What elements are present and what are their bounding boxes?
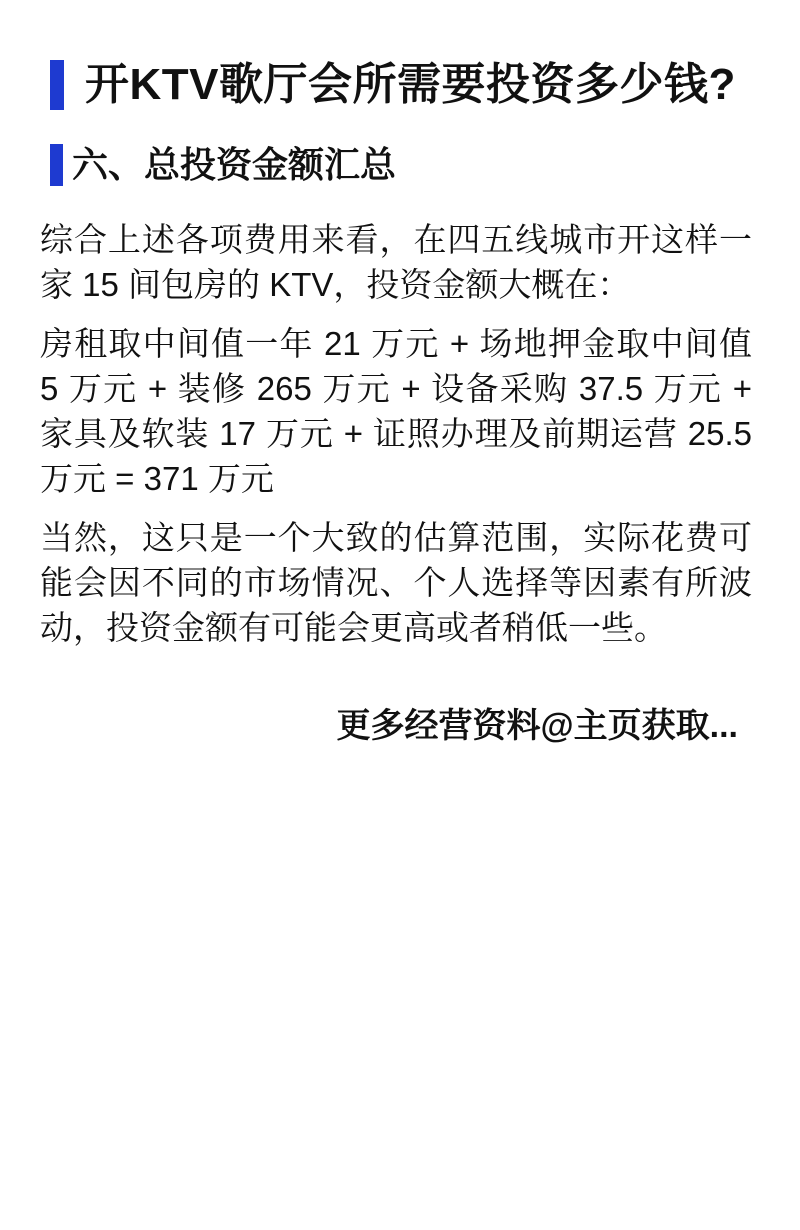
paragraph-cost-calculation: 房租取中间值一年 21 万元 + 场地押金取中间值 5 万元 + 装修 265 … (40, 321, 752, 501)
section-header-row: 六、总投资金额汇总 (50, 144, 752, 186)
paragraph-disclaimer: 当然，这只是一个大致的估算范围，实际花费可能会因不同的市场情况、个人选择等因素有… (40, 515, 752, 650)
section-title: 六、总投资金额汇总 (72, 144, 396, 185)
page-title: 开KTV歌厅会所需要投资多少钱? (85, 60, 736, 111)
main-title-row: 开KTV歌厅会所需要投资多少钱? (50, 60, 752, 111)
section-accent-bar (50, 144, 63, 186)
poster-page: 开KTV歌厅会所需要投资多少钱? 六、总投资金额汇总 综合上述各项费用来看，在四… (0, 0, 800, 1230)
paragraph-intro: 综合上述各项费用来看，在四五线城市开这样一家 15 间包房的 KTV，投资金额大… (40, 217, 752, 307)
footer-note: 更多经营资料@主页获取... (40, 706, 752, 747)
article-body: 综合上述各项费用来看，在四五线城市开这样一家 15 间包房的 KTV，投资金额大… (40, 217, 752, 650)
title-accent-bar (50, 60, 64, 110)
